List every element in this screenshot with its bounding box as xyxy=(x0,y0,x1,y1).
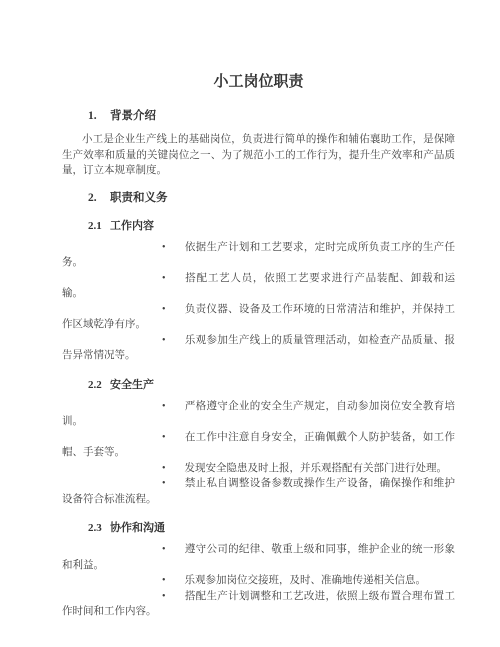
subsection-2-2-number: 2.2 xyxy=(88,379,110,391)
bullet-icon: • xyxy=(112,333,166,349)
bullet-item: •搭配工艺人员，依照工艺要求进行产品装配、卸载和运输。 xyxy=(62,271,455,302)
bullet-icon: • xyxy=(112,589,166,605)
section-2-number: 2. xyxy=(88,192,110,204)
subsection-2-3-heading: 2.3协作和沟通 xyxy=(88,519,455,535)
subsection-2-1-heading: 2.1工作内容 xyxy=(88,217,455,233)
bullet-icon: • xyxy=(112,399,166,415)
bullet-item: •严格遵守企业的安全生产规定，自动参加岗位安全教育培训。 xyxy=(62,399,455,430)
section-1-paragraph: 小工是企业生产线上的基础岗位，负责进行简单的操作和辅佑襄助工作，是保障生产效率和… xyxy=(62,132,455,179)
bullet-icon: • xyxy=(112,476,166,492)
bullet-icon: • xyxy=(112,461,166,477)
bullet-item: •搭配生产计划调整和工艺改进，依照上级布置合理布置工作时间和工作内容。 xyxy=(62,589,455,620)
bullet-item: •乐观参加岗位交接班，及时、准确地传递相关信息。 xyxy=(62,573,455,589)
bullet-icon: • xyxy=(112,271,166,287)
subsection-2-2-title: 安全生产 xyxy=(110,379,154,391)
bullet-icon: • xyxy=(112,573,166,589)
bullet-item: •在工作中注意自身安全，正确佩戴个人防护装备，如工作帽、手套等。 xyxy=(62,430,455,461)
document-page: 小工岗位职责 1.背景介绍 小工是企业生产线上的基础岗位，负责进行简单的操作和辅… xyxy=(0,0,500,647)
bullet-item: •禁止私自调整设备参数或操作生产设备，确保操作和维护设备符合标准流程。 xyxy=(62,476,455,507)
subsection-2-1-title: 工作内容 xyxy=(110,220,154,232)
document-title: 小工岗位职责 xyxy=(62,70,455,91)
bullet-icon: • xyxy=(112,302,166,318)
section-1-heading: 1.背景介绍 xyxy=(88,107,455,123)
subsection-2-3-number: 2.3 xyxy=(88,522,110,534)
section-1-title: 背景介绍 xyxy=(110,110,156,122)
bullet-icon: • xyxy=(112,542,166,558)
subsection-2-3-title: 协作和沟通 xyxy=(110,522,165,534)
bullet-item: •乐观参加生产线上的质量管理活动，如检查产品质量、报告异常情况等。 xyxy=(62,333,455,364)
bullet-icon: • xyxy=(112,430,166,446)
bullet-item: •遵守公司的纪律、敬重上级和同事，维护企业的统一形象和利益。 xyxy=(62,542,455,573)
subsection-2-2-heading: 2.2安全生产 xyxy=(88,376,455,392)
section-2-heading: 2.职责和义务 xyxy=(88,189,455,205)
bullet-icon: • xyxy=(112,240,166,256)
bullet-item: •负责仪器、设备及工作环境的日常清洁和维护，并保持工作区域乾净有序。 xyxy=(62,302,455,333)
section-1-number: 1. xyxy=(88,110,110,122)
bullet-item: •依据生产计划和工艺要求，定时完成所负责工序的生产任务。 xyxy=(62,240,455,271)
section-2-title: 职责和义务 xyxy=(110,192,168,204)
subsection-2-1-number: 2.1 xyxy=(88,220,110,232)
bullet-item: •发现安全隐患及时上报，并乐观搭配有关部门进行处理。 xyxy=(62,461,455,477)
bullet-text: 发现安全隐患及时上报，并乐观搭配有关部门进行处理。 xyxy=(185,463,448,474)
bullet-text: 乐观参加岗位交接班，及时、准确地传递相关信息。 xyxy=(185,575,427,586)
